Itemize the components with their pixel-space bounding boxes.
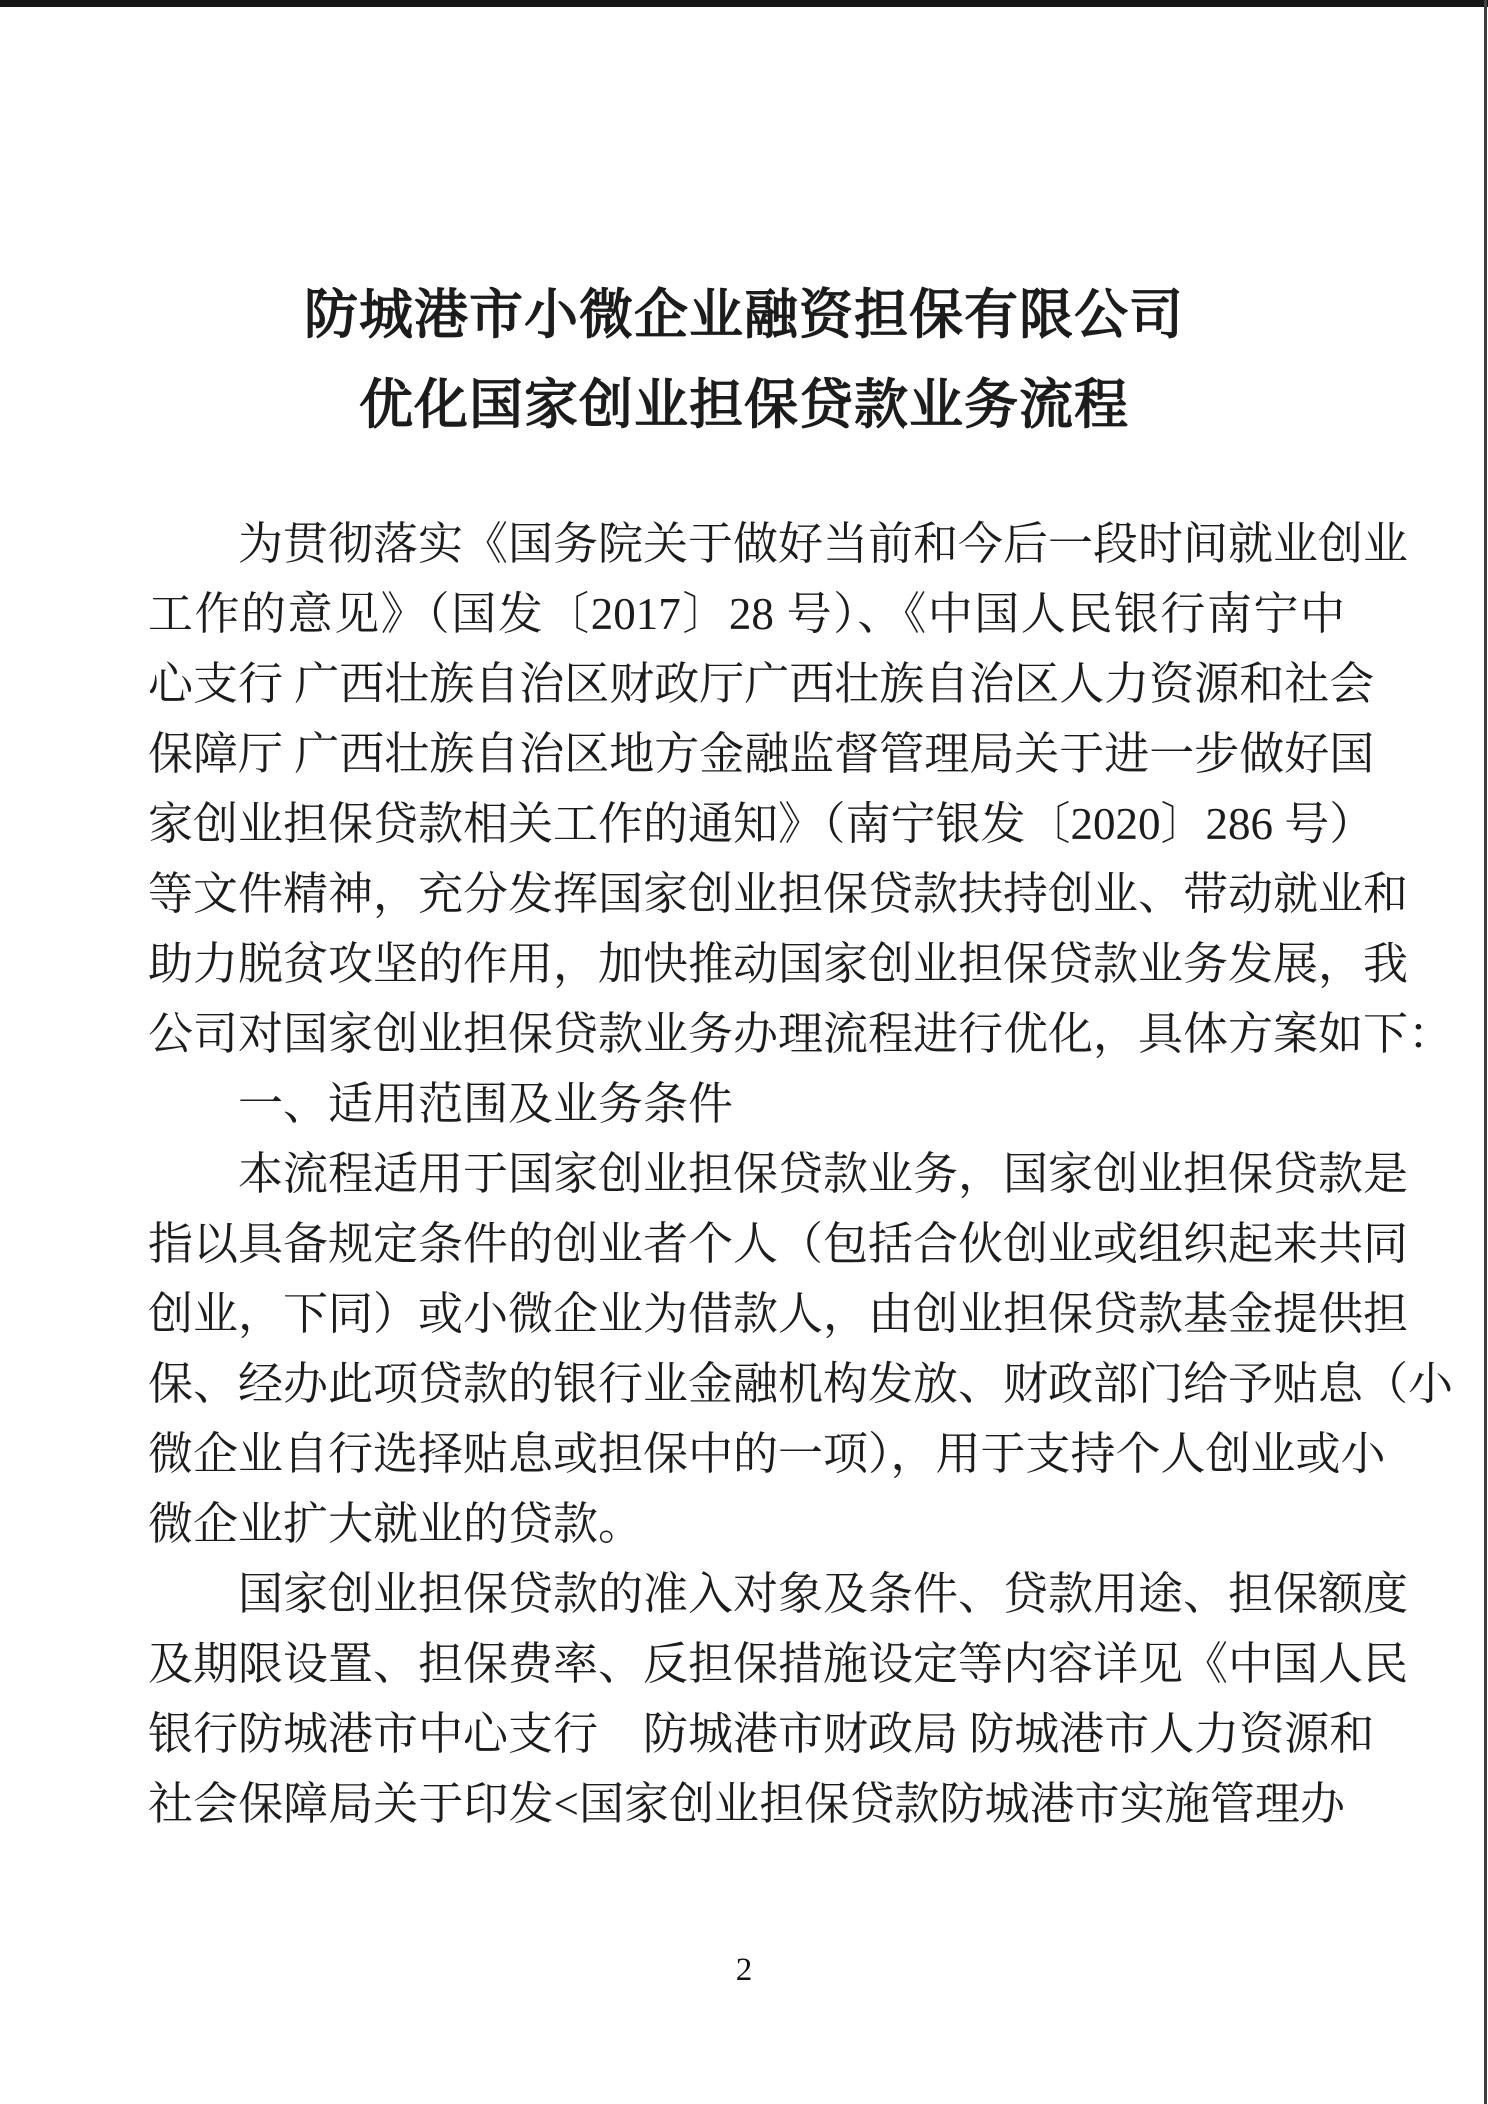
body-line: 本流程适用于国家创业担保贷款业务，国家创业担保贷款是 (148, 1139, 1345, 1209)
body-line: 指以具备规定条件的创业者个人（包括合伙创业或组织起来共同 (148, 1209, 1345, 1279)
body-line: 社会保障局关于印发<国家创业担保贷款防城港市实施管理办 (148, 1769, 1345, 1839)
body-line: 国家创业担保贷款的准入对象及条件、贷款用途、担保额度 (148, 1559, 1345, 1629)
body-line: 家创业担保贷款相关工作的通知》（南宁银发〔2020〕286 号） (148, 789, 1345, 859)
body-line: 工作的意见》（国发〔2017〕28 号）、《中国人民银行南宁中 (148, 579, 1345, 649)
section-heading: 一、适用范围及业务条件 (148, 1069, 1345, 1139)
document-page: 防城港市小微企业融资担保有限公司 优化国家创业担保贷款业务流程 为贯彻落实《国务… (0, 0, 1488, 2104)
scan-artifact-top-edge (0, 0, 1488, 7)
body-line: 公司对国家创业担保贷款业务办理流程进行优化，具体方案如下： (148, 999, 1345, 1069)
body-line: 等文件精神，充分发挥国家创业担保贷款扶持创业、带动就业和 (148, 859, 1345, 929)
body-line: 微企业扩大就业的贷款。 (148, 1489, 1345, 1559)
body-line: 为贯彻落实《国务院关于做好当前和今后一段时间就业创业 (148, 509, 1345, 579)
body-line: 及期限设置、担保费率、反担保措施设定等内容详见《中国人民 (148, 1629, 1345, 1699)
page-number: 2 (0, 1952, 1488, 1989)
document-body: 为贯彻落实《国务院关于做好当前和今后一段时间就业创业 工作的意见》（国发〔201… (148, 509, 1345, 1839)
body-line: 微企业自行选择贴息或担保中的一项），用于支持个人创业或小 (148, 1419, 1345, 1489)
body-line: 银行防城港市中心支行 防城港市财政局 防城港市人力资源和 (148, 1699, 1345, 1769)
body-line: 保障厅 广西壮族自治区地方金融监督管理局关于进一步做好国 (148, 719, 1345, 789)
body-line: 助力脱贫攻坚的作用，加快推动国家创业担保贷款业务发展，我 (148, 929, 1345, 999)
body-line: 保、经办此项贷款的银行业金融机构发放、财政部门给予贴息（小 (148, 1349, 1345, 1419)
document-title-line-2: 优化国家创业担保贷款业务流程 (0, 360, 1488, 450)
body-line: 心支行 广西壮族自治区财政厅广西壮族自治区人力资源和社会 (148, 649, 1345, 719)
document-title-line-1: 防城港市小微企业融资担保有限公司 (0, 270, 1488, 360)
body-line: 创业，下同）或小微企业为借款人，由创业担保贷款基金提供担 (148, 1279, 1345, 1349)
document-title: 防城港市小微企业融资担保有限公司 优化国家创业担保贷款业务流程 (0, 270, 1488, 450)
